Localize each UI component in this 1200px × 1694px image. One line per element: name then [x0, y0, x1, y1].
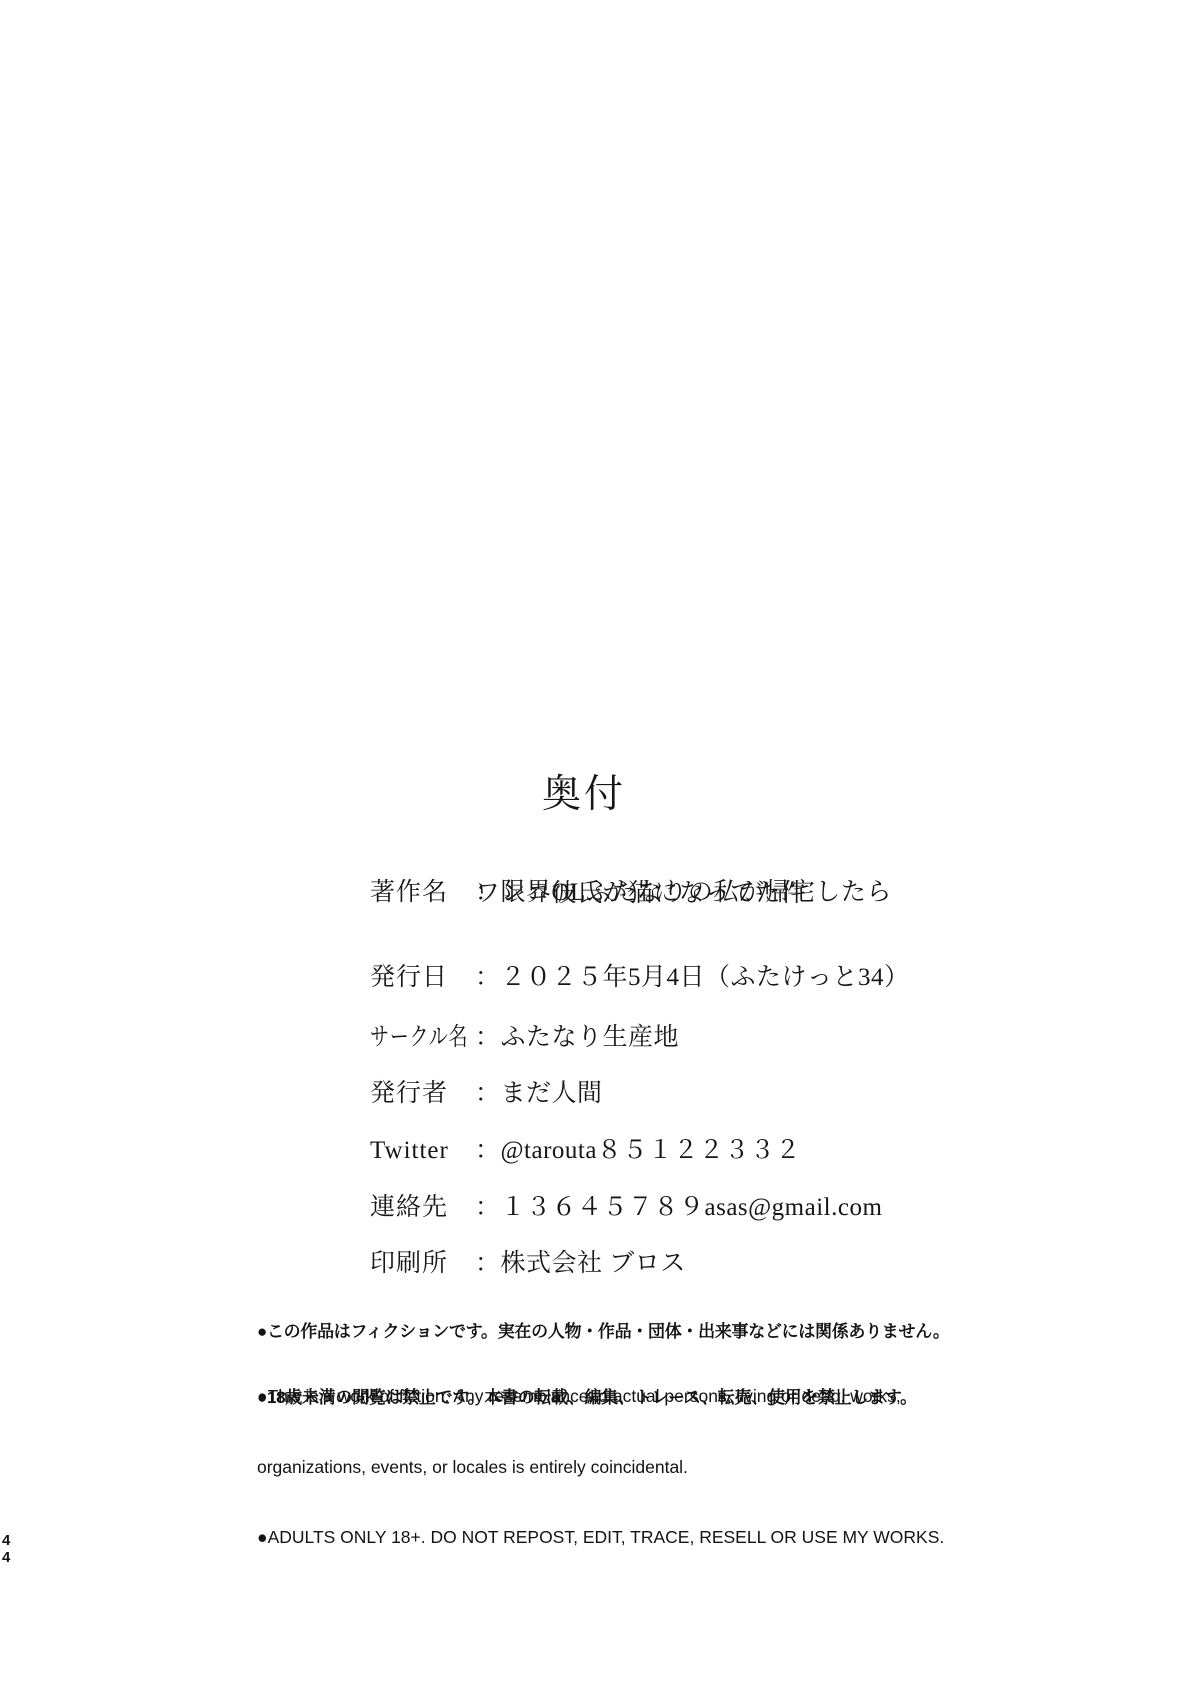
- page-title: 奥付: [0, 763, 1168, 819]
- colophon-page: 奥付 著作名：限界OLふたなりの私が帰宅したら ワンコ彼氏が猫になってた件 発行…: [0, 0, 1200, 1694]
- work-title-label: 著作名: [370, 872, 475, 908]
- publish-date-label: 発行日: [370, 957, 475, 993]
- english-disclaimer: ●This is a work of fiction. Any resembla…: [257, 1338, 944, 1597]
- publish-date-value: ：２０２５年5月4日（ふたけっと34）: [475, 964, 910, 991]
- page-number-line2: 4: [2, 1549, 10, 1566]
- en-disclaimer-line-adults-only: ●ADULTS ONLY 18+. DO NOT REPOST, EDIT, T…: [257, 1526, 944, 1550]
- en-disclaimer-line-coincidental: organizations, events, or locales is ent…: [257, 1456, 944, 1480]
- page-number: 4 4: [2, 1532, 10, 1566]
- work-title-value-line2: ワンコ彼氏が猫になってた件: [475, 873, 807, 909]
- en-disclaimer-line-fiction: ●This is a work of fiction. Any resembla…: [257, 1385, 944, 1409]
- printer-value: ：株式会社 ブロス: [475, 1250, 686, 1277]
- printer-label: 印刷所: [370, 1243, 475, 1279]
- page-number-line1: 4: [2, 1532, 10, 1549]
